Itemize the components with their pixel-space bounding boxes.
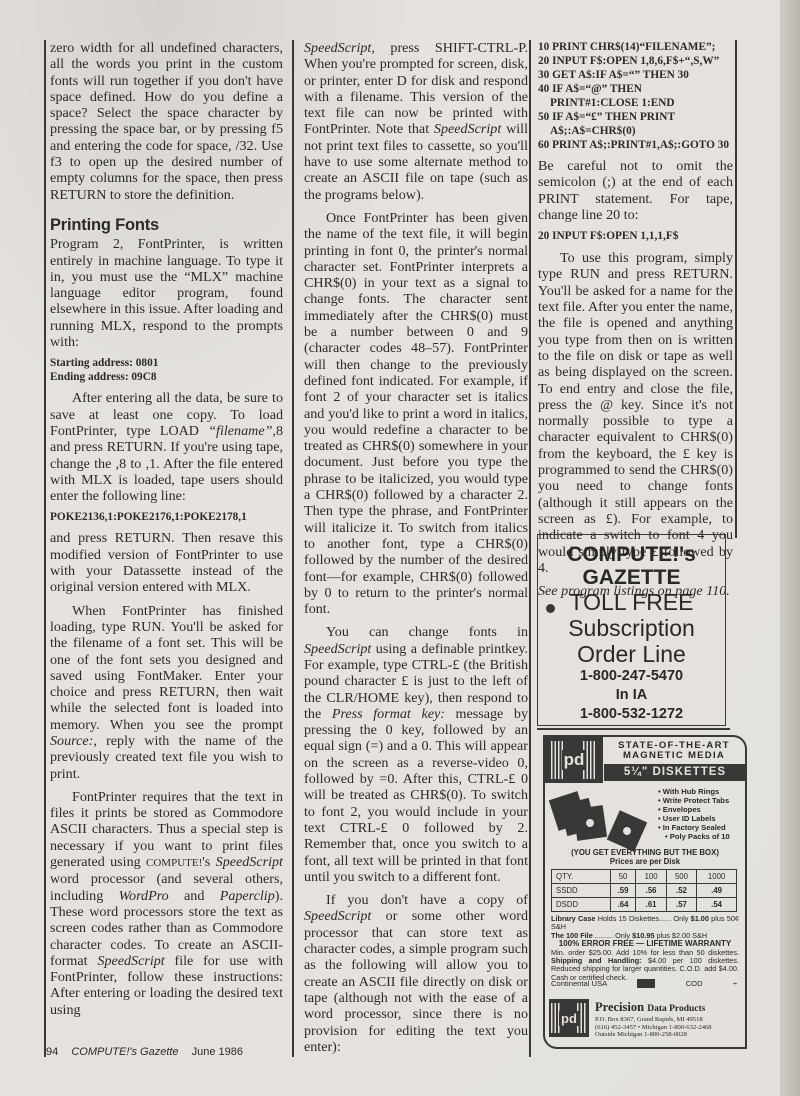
paragraph: SpeedScript, press SHIFT-CTRL-P. When yo… [304, 40, 528, 203]
column-rule [292, 40, 294, 1057]
issue-date: June 1986 [192, 1046, 243, 1058]
ad-brand: GAZETTE [538, 566, 725, 589]
column-rule [529, 40, 531, 1057]
paragraph: and press RETURN. Then resave this modif… [50, 530, 283, 595]
feature-item: In Factory Sealed [658, 823, 730, 832]
ad-text: Subscription [538, 615, 725, 641]
table-row: DSDD .64 .61 .57 .54 [552, 898, 737, 912]
phone-number: 1-800-247-5470 [538, 667, 725, 686]
payment-methods: Continental USA COD ÷ [551, 979, 737, 988]
page-number: 94 [46, 1046, 58, 1058]
ad-text: TOLL FREE [538, 589, 725, 615]
code-block: 20 INPUT F$:OPEN 1,1,1,F$ [538, 229, 733, 243]
column-1: zero width for all undefined characters,… [50, 40, 283, 1057]
ad-region: In IA [538, 686, 725, 705]
subscription-ad: COMPUTE!'s GAZETTE TOLL FREE Subscriptio… [537, 534, 726, 726]
table-row: SSDD .59 .56 .52 .49 [552, 884, 737, 898]
page-edge-shadow [780, 0, 800, 1096]
page-folio: 94 COMPUTE!'s Gazette June 1986 [46, 1046, 253, 1058]
feature-item: With Hub Rings [658, 787, 730, 796]
code-line: Starting address: 0801 [50, 356, 283, 370]
code-line: Ending address: 09C8 [50, 370, 283, 384]
price-table: QTY. 50 100 500 1000 SSDD .59 .56 .52 .4… [551, 869, 737, 912]
pd-logo-icon: pd [549, 999, 589, 1037]
product-band: 5¼" DISKETTES [604, 764, 746, 781]
basic-program-listing: 10 PRINT CHR$(14)“FILENAME”; 20 INPUT F$… [538, 40, 733, 152]
code-line: 40 IF A$=“@” THEN PRINT#1:CLOSE 1:END [538, 82, 733, 110]
paragraph: When FontPrinter has finished loading, t… [50, 603, 283, 782]
phone-number: 1-800-532-1272 [538, 705, 725, 724]
table-header-row: QTY. 50 100 500 1000 [552, 870, 737, 884]
code-line: 20 INPUT F$:OPEN 1,8,6,F$+“,S,W” [538, 54, 733, 68]
code-line: 60 PRINT A$;:PRINT#1,A$;:GOTO 30 [538, 138, 733, 152]
paragraph: To use this program, simply type RUN and… [538, 250, 733, 576]
code-line: 50 IF A$=“£” THEN PRINT A$;:A$=CHR$(0) [538, 110, 733, 138]
ad-headline: STATE-OF-THE-ART MAGNETIC MEDIA [607, 741, 741, 761]
code-line: 10 PRINT CHR$(14)“FILENAME”; [538, 40, 733, 54]
paragraph: Once FontPrinter has been given the name… [304, 210, 528, 617]
code-line: 30 GET A$:IF A$=“” THEN 30 [538, 68, 733, 82]
ad-text: Order Line [538, 641, 725, 667]
paragraph: FontPrinter requires that the text in fi… [50, 789, 283, 1018]
floppy-disk-icon [607, 810, 647, 851]
paragraph: After entering all the data, be sure to … [50, 390, 283, 504]
company-block: Precision Data Products P.O. Box 8367, G… [595, 1001, 712, 1039]
ad-fine-print: Library Case Holds 15 Diskettes...... On… [551, 915, 739, 982]
diskettes-ad: pd STATE-OF-THE-ART MAGNETIC MEDIA 5¼" D… [543, 735, 747, 1049]
paragraph: Program 2, FontPrinter, is written entir… [50, 236, 283, 350]
paragraph: Be careful not to omit the semicolon (;)… [538, 158, 733, 223]
pd-logo-icon: pd [545, 737, 603, 783]
column-3: 10 PRINT CHR$(14)“FILENAME”; 20 INPUT F$… [538, 40, 733, 616]
floppy-disk-icon [573, 805, 607, 841]
feature-item: Envelopes [658, 805, 730, 814]
feature-list: With Hub Rings Write Protect Tabs Envelo… [658, 787, 730, 841]
column-rule-left [44, 40, 46, 1057]
feature-item: User ID Labels [658, 814, 730, 823]
ad-brand: COMPUTE!'s [538, 543, 725, 566]
paragraph: If you don't have a copy of SpeedScript … [304, 892, 528, 1055]
truck-icon [637, 979, 655, 988]
code-block: Starting address: 0801 Ending address: 0… [50, 356, 283, 384]
feature-item: Poly Packs of 10 [658, 832, 730, 841]
paragraph: zero width for all undefined characters,… [50, 40, 283, 203]
column-rule-right [735, 40, 737, 538]
paragraph: You can change fonts in SpeedScript usin… [304, 624, 528, 885]
magazine-title: COMPUTE!'s Gazette [71, 1046, 178, 1058]
feature-item: Write Protect Tabs [658, 796, 730, 805]
ad-divider [537, 728, 730, 730]
ad-tagline: (YOU GET EVERYTHING BUT THE BOX) Prices … [545, 848, 745, 866]
section-heading: Printing Fonts [50, 217, 283, 233]
code-block: POKE2136,1:POKE2176,1:POKE2178,1 [50, 510, 283, 524]
column-2: SpeedScript, press SHIFT-CTRL-P. When yo… [304, 40, 528, 1057]
divide-icon: ÷ [733, 979, 737, 988]
